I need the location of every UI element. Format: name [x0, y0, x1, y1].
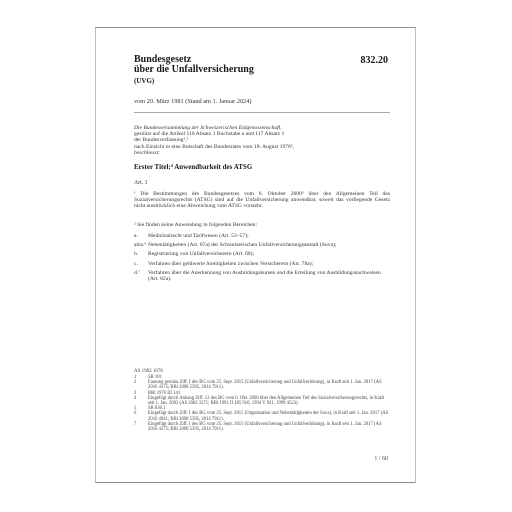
law-abbreviation: (UVG) [134, 77, 154, 85]
article-paragraph-1: ¹ Die Bestimmungen des Bundesgesetzes vo… [134, 191, 390, 210]
footnote-number: 6 [134, 411, 148, 421]
preamble-line: beschliesst: [134, 150, 294, 156]
list-item: c.Verfahren über geldwerte Streitigkeite… [134, 261, 390, 267]
list-marker: c. [134, 261, 148, 267]
footnote-text: Eingefügt durch Ziff. I des BG vom 25. S… [148, 422, 390, 432]
preamble: Die Bundesversammlung der Schweizerische… [134, 125, 294, 156]
list-text: Nebentätigkeiten (Art. 67a) der Schweize… [148, 242, 336, 248]
divider [134, 112, 390, 113]
footnote: 4Eingefügt durch Anhang Ziff. 12 des BG … [134, 396, 390, 406]
list-item: abis.⁶Nebentätigkeiten (Art. 67a) der Sc… [134, 242, 390, 248]
footnote: 2Fassung gemäss Ziff. I des BG vom 25. S… [134, 380, 390, 390]
footnote: 7Eingefügt durch Ziff. I des BG vom 25. … [134, 422, 390, 432]
as-reference: AS 1982 1676 [134, 369, 163, 374]
list-marker: b. [134, 251, 148, 257]
article-paragraph-2: ² Sie finden keine Anwendung in folgende… [134, 222, 257, 228]
list-marker: a. [134, 233, 148, 239]
list-text: Registrierung von Unfallversicherern (Ar… [148, 251, 254, 257]
exclusion-list: a.Medizinalrecht und Tarifwesen (Art. 53… [134, 233, 390, 285]
section-heading: Erster Titel:⁴ Anwendbarkeit des ATSG [134, 163, 252, 171]
date-line: vom 20. März 1981 (Stand am 1. Januar 20… [134, 98, 252, 105]
footnote: 6Eingefügt durch Ziff. I des BG vom 25. … [134, 411, 390, 421]
preamble-line: nach Einsicht in eine Botschaft des Bund… [134, 144, 294, 150]
list-marker: abis.⁶ [134, 242, 148, 248]
list-text: Verfahren über die Anerkennung von Ausbi… [148, 270, 390, 282]
list-text: Medizinalrecht und Tarifwesen (Art. 53–5… [148, 233, 249, 239]
sr-number: 832.20 [361, 55, 389, 66]
title-line-2: über die Unfallversicherung [134, 65, 254, 75]
footnote-number: 7 [134, 422, 148, 432]
page-number: 1 / 60 [374, 456, 388, 462]
footnote-text: Eingefügt durch Anhang Ziff. 12 des BG v… [148, 396, 390, 406]
list-item: b.Registrierung von Unfallversicherern (… [134, 251, 390, 257]
list-item: a.Medizinalrecht und Tarifwesen (Art. 53… [134, 233, 390, 239]
footnote-text: Fassung gemäss Ziff. I des BG vom 25. Se… [148, 380, 390, 390]
list-item: d.⁷Verfahren über die Anerkennung von Au… [134, 270, 390, 282]
document-page: Bundesgesetz über die Unfallversicherung… [95, 27, 416, 483]
document-title: Bundesgesetz über die Unfallversicherung [134, 55, 254, 75]
list-marker: d.⁷ [134, 270, 148, 282]
footnote-number: 4 [134, 396, 148, 406]
footnote-number: 2 [134, 380, 148, 390]
list-text: Verfahren über geldwerte Streitigkeiten … [148, 261, 313, 267]
footnote-text: Eingefügt durch Ziff. I des BG vom 25. S… [148, 411, 390, 421]
footnotes: 1SR 1012Fassung gemäss Ziff. I des BG vo… [134, 375, 390, 432]
article-label: Art. 1 [134, 180, 148, 186]
